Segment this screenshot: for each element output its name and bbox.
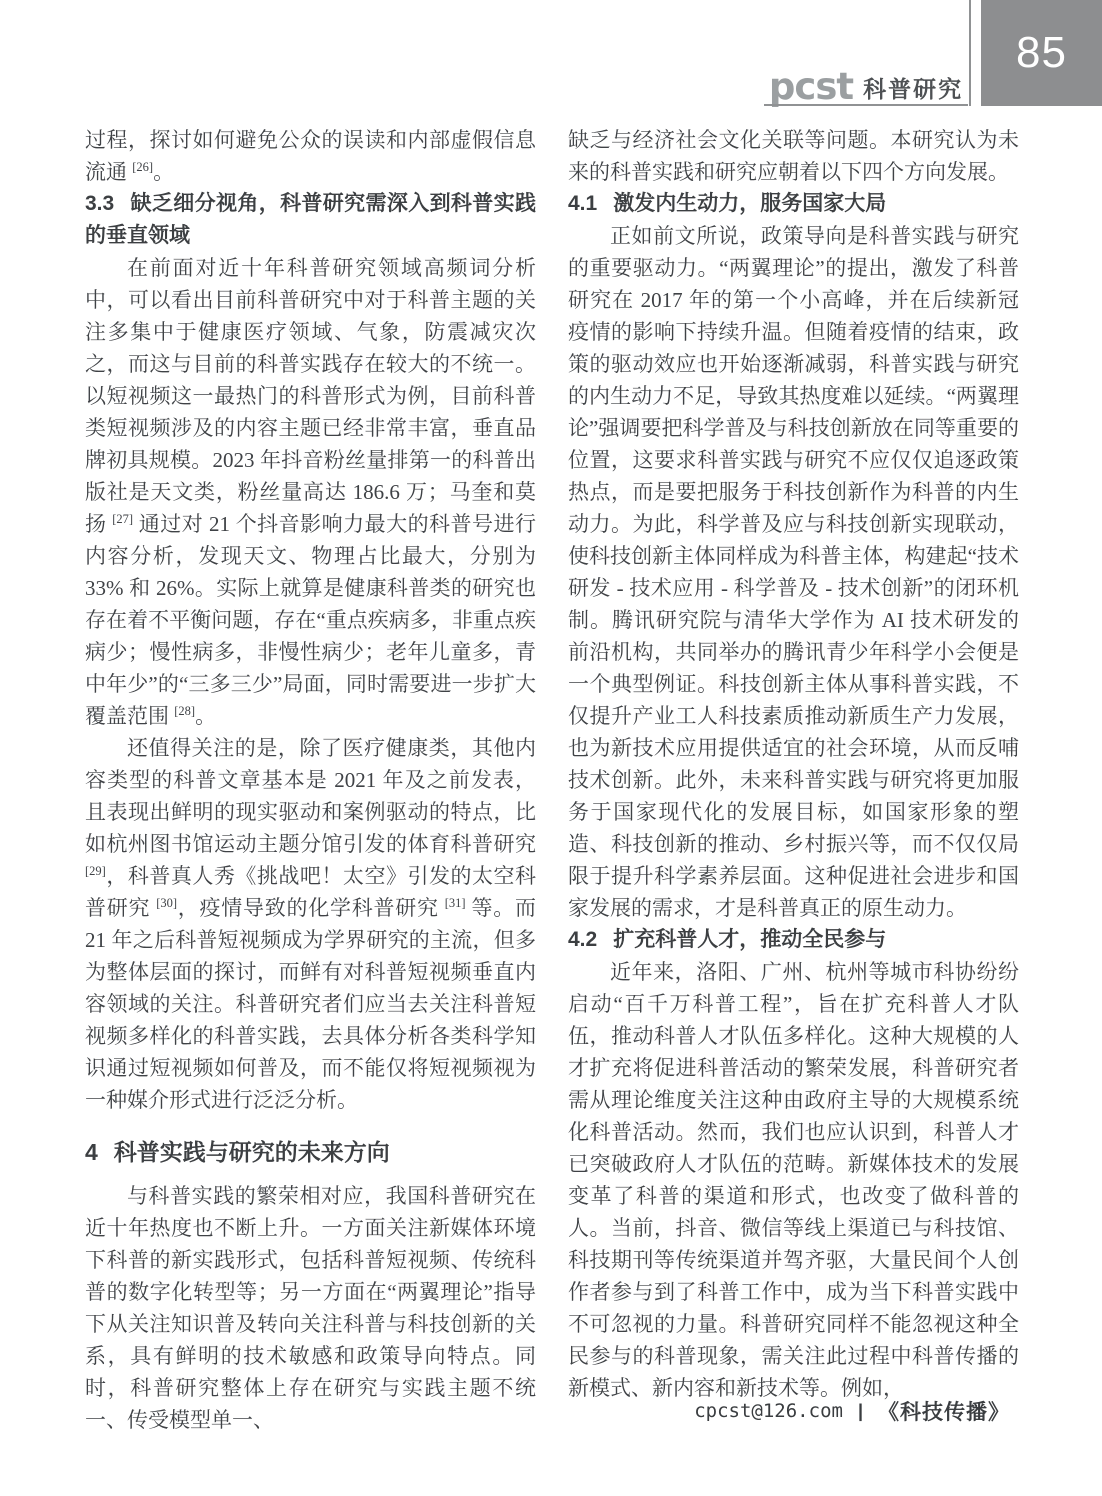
footer-separator: | (858, 1401, 863, 1422)
heading-title: 扩充科普人才，推动全民参与 (613, 928, 886, 951)
heading-number: 4.2 (568, 928, 597, 951)
heading-number: 4.1 (568, 192, 597, 215)
left-column: 过程，探讨如何避免公众的误读和内部虚假信息流通 [26]。3.3缺乏细分视角，科… (85, 124, 536, 1436)
paragraph: 在前面对近十年科普研究领域高频词分析中，可以看出目前科普研究中对于科普主题的关注… (85, 252, 536, 732)
paragraph: 近年来，洛阳、广州、杭州等城市科协纷纷启动“百千万科普工程”，旨在扩充科普人才队… (568, 956, 1019, 1404)
paragraph: 还值得关注的是，除了医疗健康类，其他内容类型的科普文章基本是 2021 年及之前… (85, 732, 536, 1116)
heading-title: 科普实践与研究的未来方向 (114, 1139, 390, 1165)
paragraph: 过程，探讨如何避免公众的误读和内部虚假信息流通 [26]。 (85, 124, 536, 188)
article-body: 过程，探讨如何避免公众的误读和内部虚假信息流通 [26]。3.3缺乏细分视角，科… (85, 124, 1019, 1436)
journal-logo: pcst 科普研究 (764, 58, 968, 102)
right-column: 缺乏与经济社会文化关联等问题。本研究认为未来的科普实践和研究应朝着以下四个方向发… (568, 124, 1019, 1436)
citation-ref: [28] (174, 704, 195, 718)
paragraph: 与科普实践的繁荣相对应，我国科普研究在近十年热度也不断上升。一方面关注新媒体环境… (85, 1180, 536, 1436)
page-number: 85 (1016, 28, 1067, 78)
pcst-logo: pcst (769, 72, 853, 102)
citation-ref: [29] (85, 864, 106, 878)
page-footer: cpcst@126.com | 《科技传播》 (694, 1396, 1010, 1426)
header-vertical-rule (969, 0, 971, 106)
paragraph: 缺乏与经济社会文化关联等问题。本研究认为未来的科普实践和研究应朝着以下四个方向发… (568, 124, 1019, 188)
journal-section-label: 科普研究 (863, 77, 963, 102)
header-horizontal-rule (764, 104, 968, 106)
paragraph: 正如前文所说，政策导向是科普实践与研究的重要驱动力。“两翼理论”的提出，激发了科… (568, 220, 1019, 924)
journal-title: 《科技传播》 (878, 1396, 1010, 1426)
citation-ref: [27] (112, 512, 133, 526)
heading-number: 3.3 (85, 192, 114, 215)
heading-title: 激发内生动力，服务国家大局 (613, 192, 886, 215)
subsection-heading: 4.2扩充科普人才，推动全民参与 (568, 924, 1019, 956)
contact-email: cpcst@126.com (694, 1400, 843, 1422)
subsection-heading: 4.1激发内生动力，服务国家大局 (568, 188, 1019, 220)
heading-title: 缺乏细分视角，科普研究需深入到科普实践的垂直领域 (85, 192, 536, 247)
citation-ref: [26] (132, 160, 153, 174)
section-heading: 4科普实践与研究的未来方向 (85, 1134, 536, 1170)
citation-ref: [30] (156, 896, 177, 910)
page-number-badge: 85 (981, 0, 1102, 106)
heading-number: 4 (85, 1139, 98, 1165)
subsection-heading: 3.3缺乏细分视角，科普研究需深入到科普实践的垂直领域 (85, 188, 536, 252)
citation-ref: [31] (445, 896, 466, 910)
